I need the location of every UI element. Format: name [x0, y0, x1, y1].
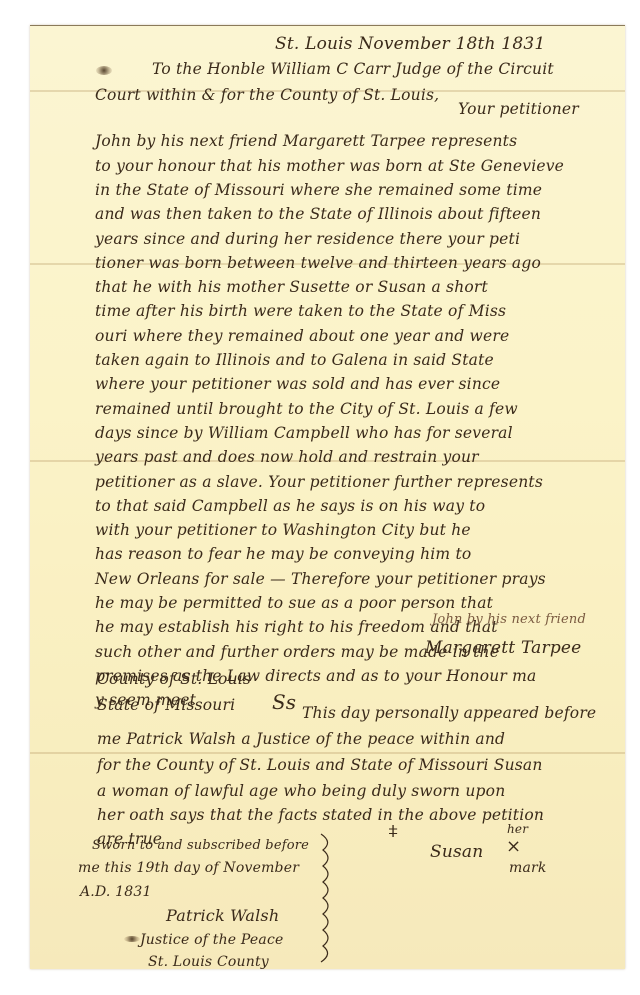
affiant-x-mark: ×: [506, 836, 521, 857]
petition-line: years since and during her residence the…: [95, 230, 520, 248]
affidavit-line: a woman of lawful age who being duly swo…: [97, 782, 505, 800]
petition-line: years past and does now hold and restrai…: [95, 448, 479, 466]
fold-crease: [30, 752, 625, 754]
affiant-mark-label: mark: [509, 860, 547, 876]
address-line: Court within & for the County of St. Lou…: [95, 86, 439, 104]
venue-state: State of Missouri: [97, 696, 235, 714]
petition-line: ouri where they remained about one year …: [95, 327, 509, 345]
affidavit-line: her oath says that the facts stated in t…: [97, 806, 544, 824]
petition-line: remained until brought to the City of St…: [95, 400, 518, 418]
petition-line: time after his birth were taken to the S…: [95, 302, 506, 320]
jurat-line: Sworn to and subscribed before: [92, 838, 309, 853]
petition-line: days since by William Campbell who has f…: [95, 424, 513, 442]
petition-signature: Margarett Tarpee: [425, 638, 581, 658]
jurat-line: A.D. 1831: [80, 884, 152, 900]
jurat-county: St. Louis County: [148, 954, 269, 970]
venue-ss: Ss: [272, 690, 296, 714]
affiant-name: Susan: [430, 842, 483, 862]
affidavit-line: This day personally appeared before: [302, 704, 596, 722]
venue-county: County of St. Louis: [97, 670, 251, 688]
jurat-line: me this 19th day of November: [78, 860, 299, 876]
ink-blot: [96, 66, 112, 75]
petition-line: where your petitioner was sold and has e…: [95, 375, 500, 393]
petition-line: New Orleans for sale — Therefore your pe…: [95, 570, 546, 588]
petition-line: has reason to fear he may be conveying h…: [95, 545, 471, 563]
petition-signature-line1: John by his next friend: [432, 612, 586, 627]
petition-line: he may be permitted to sue as a poor per…: [95, 594, 493, 612]
petition-line: petitioner as a slave. Your petitioner f…: [95, 473, 543, 491]
petition-line: tioner was born between twelve and thirt…: [95, 254, 541, 272]
petition-line: to your honour that his mother was born …: [95, 157, 564, 175]
seal-brace: [315, 830, 339, 970]
ink-blot: [124, 936, 140, 942]
affidavit-line: me Patrick Walsh a Justice of the peace …: [97, 730, 505, 748]
strike-mark: ⧧: [388, 818, 399, 842]
jurat-signer: Patrick Walsh: [166, 906, 279, 925]
petition-line: and was then taken to the State of Illin…: [95, 205, 541, 223]
affidavit-line: for the County of St. Louis and State of…: [97, 756, 543, 774]
affiant-her: her: [507, 822, 528, 836]
address-line: To the Honble William C Carr Judge of th…: [152, 60, 554, 78]
petition-line: taken again to Illinois and to Galena in…: [95, 351, 494, 369]
petition-line: to that said Campbell as he says is on h…: [95, 497, 485, 515]
jurat-title: Justice of the Peace: [140, 932, 283, 948]
petition-line: that he with his mother Susette or Susan…: [95, 278, 488, 296]
petition-line: Your petitioner: [458, 100, 579, 118]
place-date: St. Louis November 18th 1831: [275, 34, 545, 54]
petition-line: with your petitioner to Washington City …: [95, 521, 471, 539]
petition-line: in the State of Missouri where she remai…: [95, 181, 542, 199]
petition-line: John by his next friend Margarett Tarpee…: [95, 132, 517, 150]
